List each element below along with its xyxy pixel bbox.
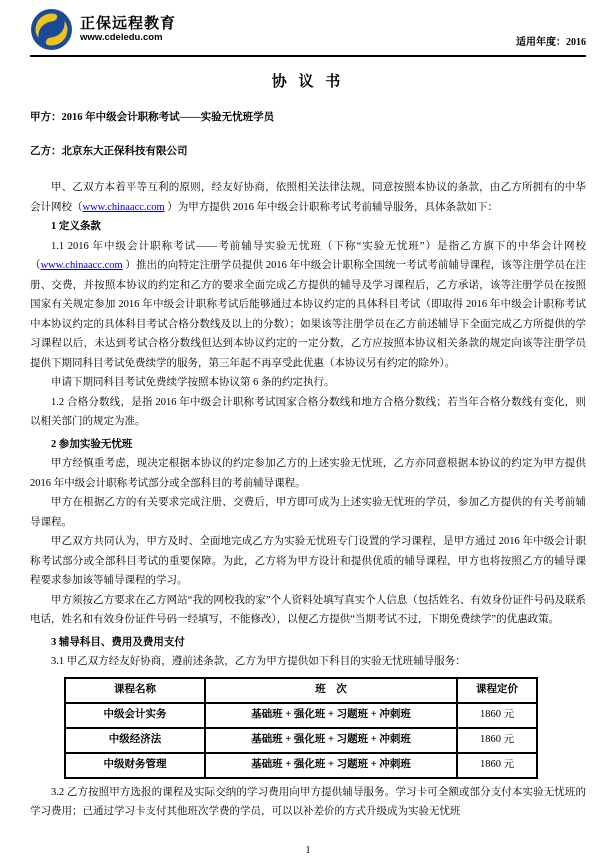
clause-2-para-2: 甲方在根据乙方的有关要求完成注册、交费后，甲方即可成为上述实验无忧班的学员，参加… [30, 493, 586, 532]
table-row: 中级经济法 基础班 + 强化班 + 习题班 + 冲刺班 1860 元 [65, 728, 537, 753]
brand-url: www.cdeledu.com [80, 32, 176, 44]
price-cell: 1860 元 [457, 753, 537, 778]
clause-2-para-1: 甲方经慎重考虑，现决定根据本协议的约定参加乙方的上述实验无忧班，乙方亦同意根据本… [30, 454, 586, 493]
clause-3-2: 3.2 乙方按照甲方选报的课程及实际交纳的学习费用向甲方提供辅导服务。学习卡可全… [30, 783, 586, 822]
page-number: 1 [305, 845, 310, 856]
header-divider [30, 55, 586, 57]
price-cell: 1860 元 [457, 728, 537, 753]
party-b-line: 乙方：北京东大正保科技有限公司 [30, 142, 586, 162]
intro-paragraph: 甲、乙双方本着平等互利的原则，经友好协商，依照相关法律法规，同意按照本协议的条款… [30, 178, 586, 217]
brand-name: 正保远程教育 [80, 15, 176, 32]
class-schedule-cell: 基础班 + 强化班 + 习题班 + 冲刺班 [205, 703, 457, 728]
document-title: 协 议 书 [30, 72, 586, 92]
column-header-price: 课程定价 [457, 678, 537, 703]
clause-renewal-note: 申请下期同科目考试免费续学按照本协议第 6 条的约定执行。 [30, 373, 586, 393]
course-name-cell: 中级经济法 [65, 728, 205, 753]
chinaacc-link-2[interactable]: www.chinaacc.com [41, 260, 123, 271]
section-2-heading: 2 参加实验无忧班 [30, 435, 586, 455]
section-1-heading: 1 定义条款 [30, 217, 586, 237]
clause-2-para-3: 甲乙双方共同认为，甲方及时、全面地完成乙方为实验无忧班专门设置的学习课程，是甲方… [30, 532, 586, 591]
brand-logo: 正保远程教育 www.cdeledu.com [30, 8, 176, 51]
table-header-row: 课程名称 班 次 课程定价 [65, 678, 537, 703]
class-schedule-cell: 基础班 + 强化班 + 习题班 + 冲刺班 [205, 728, 457, 753]
clause-1-2: 1.2 合格分数线，是指 2016 年中级会计职称考试国家合格分数线和地方合格分… [30, 393, 586, 432]
clause-1-1-text-post: ）推出的向特定注册学员提供 2016 年中级会计职称全国统一考试考前辅导课程，该… [30, 260, 586, 369]
page-header: 正保远程教育 www.cdeledu.com 适用年度：2016 [30, 8, 586, 51]
chinaacc-link[interactable]: www.chinaacc.com [83, 202, 165, 213]
clause-1-1: 1.1 2016 年中级会计职称考试——考前辅导实验无忧班（下称“实验无忧班”）… [30, 237, 586, 374]
course-name-cell: 中级会计实务 [65, 703, 205, 728]
brand-logo-icon [30, 8, 73, 51]
column-header-classes: 班 次 [205, 678, 457, 703]
class-schedule-cell: 基础班 + 强化班 + 习题班 + 冲刺班 [205, 753, 457, 778]
price-cell: 1860 元 [457, 703, 537, 728]
section-3-heading: 3 辅导科目、费用及费用支付 [30, 633, 586, 653]
agreement-page: 正保远程教育 www.cdeledu.com 适用年度：2016 协 议 书 甲… [0, 0, 616, 863]
table-row: 中级会计实务 基础班 + 强化班 + 习题班 + 冲刺班 1860 元 [65, 703, 537, 728]
applicable-year-label: 适用年度：2016 [516, 36, 586, 51]
table-row: 中级财务管理 基础班 + 强化班 + 习题班 + 冲刺班 1860 元 [65, 753, 537, 778]
column-header-course: 课程名称 [65, 678, 205, 703]
courses-table: 课程名称 班 次 课程定价 中级会计实务 基础班 + 强化班 + 习题班 + 冲… [64, 677, 538, 779]
page-footer: 1 [0, 845, 616, 857]
clause-2-para-4: 甲方须按乙方要求在乙方网站“我的网校我的家”个人资料处填写真实个人信息（包括姓名… [30, 591, 586, 630]
clause-3-1: 3.1 甲乙双方经友好协商，遵前述条款，乙方为甲方提供如下科目的实验无忧班辅导服… [30, 652, 586, 672]
intro-text-post: ）为甲方提供 2016 年中级会计职称考试考前辅导服务，具体条款如下： [165, 202, 498, 213]
course-name-cell: 中级财务管理 [65, 753, 205, 778]
party-a-line: 甲方：2016 年中级会计职称考试——实验无忧班学员 [30, 108, 586, 128]
brand-text: 正保远程教育 www.cdeledu.com [80, 15, 176, 44]
